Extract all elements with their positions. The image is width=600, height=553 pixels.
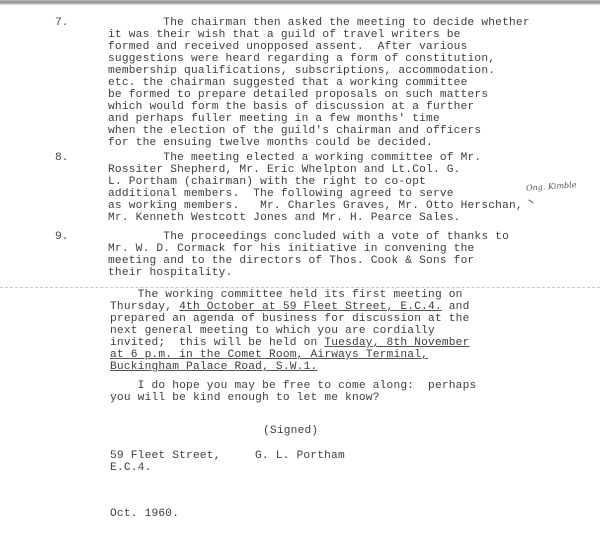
underlined-meeting-time-place: at 6 p.m. in the Comet Room, Airways Ter… [110, 349, 428, 361]
item-text-line: additional members. The following agreed… [108, 188, 454, 200]
notice-line: invited; this will be held on Tuesday, 8… [110, 337, 470, 349]
document-date: Oct. 1960. [110, 508, 179, 520]
signatory-name: G. L. Portham [255, 450, 345, 462]
item-text-line: as working members. Mr. Charles Graves, … [108, 200, 523, 212]
item-number: 9. [55, 231, 68, 243]
notice-text: Thursday, [110, 301, 179, 313]
item-text-line: and perhaps fuller meeting in a few mont… [108, 113, 440, 125]
notice-line: prepared an agenda of business for discu… [110, 313, 470, 325]
handwritten-annotation: Ong. Kimble [526, 180, 577, 192]
item-text-line: The meeting elected a working committee … [108, 152, 481, 164]
signed-label: (Signed) [263, 425, 318, 437]
address-line: E.C.4. [110, 462, 151, 474]
item-text-line: The proceedings concluded with a vote of… [108, 231, 509, 243]
item-text-line: which would form the basis of discussion… [108, 101, 474, 113]
item-text-line: meeting and to the directors of Thos. Co… [108, 255, 474, 267]
notice-line: Thursday, 4th October at 59 Fleet Street… [110, 301, 470, 313]
item-text-line: formed and received unopposed assent. Af… [108, 41, 468, 53]
item-text-line: when the election of the guild's chairma… [108, 125, 481, 137]
underlined-date-location: 4th October at 59 Fleet Street, E.C.4. [179, 301, 442, 313]
underlined-meeting-date: Tuesday, 8th November [324, 337, 469, 349]
item-text-line: etc. the chairman suggested that a worki… [108, 77, 468, 89]
underlined-meeting-address: Buckingham Palace Road, S.W.1. [110, 361, 317, 373]
item-text-line: suggestions were heard regarding a form … [108, 53, 495, 65]
item-text-line: it was their wish that a guild of travel… [108, 29, 461, 41]
item-text-line: be formed to prepare detailed proposals … [108, 89, 488, 101]
item-text-line: Rossiter Shepherd, Mr. Eric Whelpton and… [108, 164, 461, 176]
item-number: 7. [55, 17, 68, 29]
closing-line: you will be kind enough to let me know? [110, 392, 380, 404]
notice-line: next general meeting to which you are co… [110, 325, 435, 337]
item-text-line: Mr. Kenneth Westcott Jones and Mr. H. Pe… [108, 212, 461, 224]
notice-text: and [442, 301, 470, 313]
item-text-line: Mr. W. D. Cormack for his initiative in … [108, 243, 474, 255]
item-number: 8. [55, 152, 68, 164]
notice-text: invited; this will be held on [110, 337, 324, 349]
notice-line: The working committee held its first mee… [110, 289, 463, 301]
page-top-edge [0, 0, 600, 6]
item-text-line: The chairman then asked the meeting to d… [108, 17, 530, 29]
address-line: 59 Fleet Street, [110, 450, 221, 462]
handwritten-tick-mark [528, 199, 533, 203]
item-text-line: L. Portham (chairman) with the right to … [108, 176, 426, 188]
item-text-line: membership qualifications, subscriptions… [108, 65, 495, 77]
item-text-line: their hospitality. [108, 267, 232, 279]
item-text-line: for the ensuing twelve months could be d… [108, 137, 433, 149]
closing-line: I do hope you may be free to come along:… [110, 380, 476, 392]
